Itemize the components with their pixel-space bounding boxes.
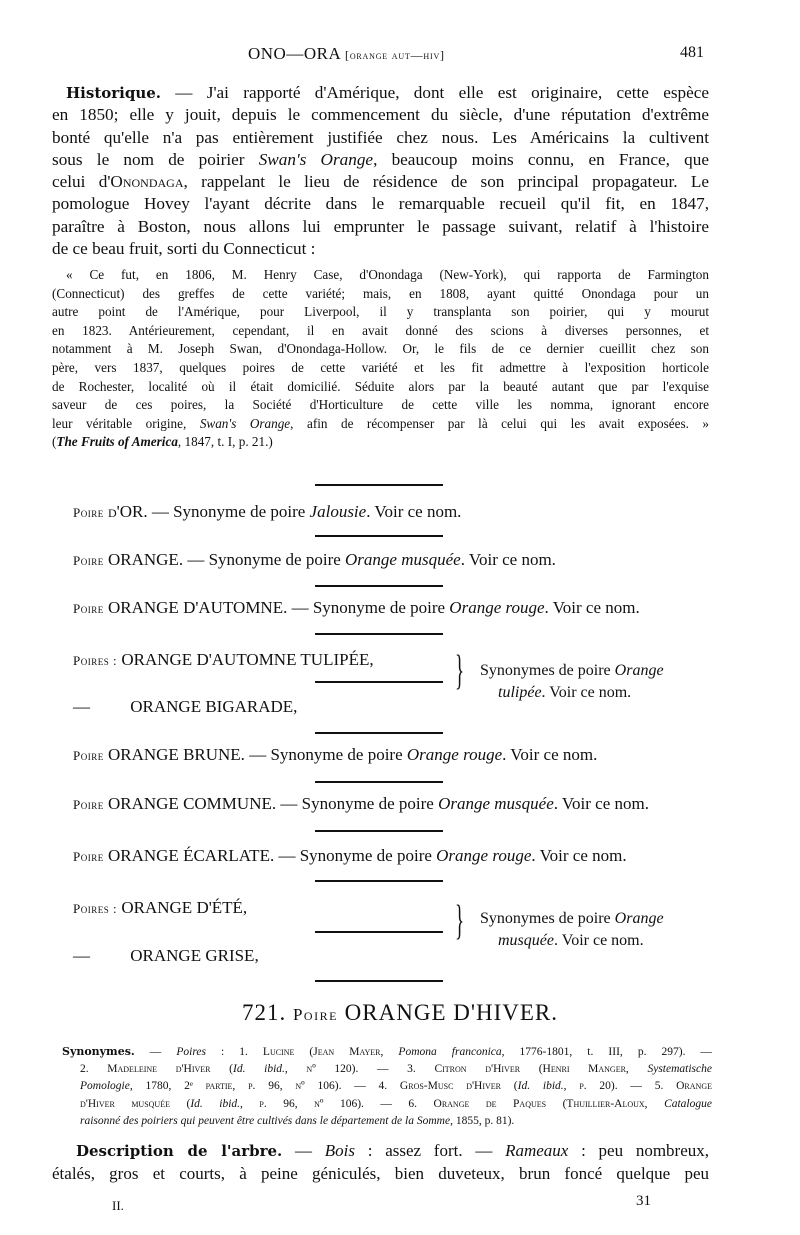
entry-poire-orange-ecarlate: Poire ORANGE ÉCARLATE. — Synonyme de poi… (73, 846, 627, 866)
entry-text: — Synonyme de poire (274, 846, 436, 865)
group-dash: — (73, 946, 90, 965)
text-span: , 1780, 2ᵉ partie, p. 96, nº 106). — 4. … (130, 1080, 518, 1092)
text-span: , p. 96, nº 106). — 6. Orange de Paques … (240, 1098, 664, 1110)
italic-ref: Id. ibid. (233, 1063, 285, 1075)
brace-icon: } (455, 650, 464, 692)
italic-ref: raisonné des poiriers qui peuvent être c… (80, 1115, 450, 1127)
entry-text: — Synonyme de poire (245, 745, 407, 764)
text-span: d'Hiver musquée ( (80, 1098, 190, 1110)
description-label: Description de l'arbre. (76, 1142, 282, 1160)
entry-name: ORANGE ÉCARLATE. (108, 846, 274, 865)
text-span: : peu nombreux, (568, 1141, 709, 1160)
quote-line: en 1823. Antérieurement, cependant, il e… (52, 322, 709, 341)
entry-text: — Synonyme de poire (287, 598, 449, 617)
header-title-main: ONO—ORA (248, 44, 340, 63)
entry-ref: Orange musquée (345, 550, 461, 569)
text-span: : assez fort. — (355, 1141, 505, 1160)
entry-text: — Synonyme de poire (148, 502, 310, 521)
entry-prefix: Poire (73, 553, 104, 568)
separator-rule (315, 535, 443, 537)
italic-ref: Id. ibid. (190, 1098, 240, 1110)
text-span: . Voir ce nom. (542, 684, 632, 701)
heading-prefix: Poire (293, 1005, 338, 1024)
entry-tail: . Voir ce nom. (502, 745, 597, 764)
text-span: sous le nom de poirier (52, 150, 259, 169)
description-paragraph: Description de l'arbre. — Bois : assez f… (52, 1140, 709, 1185)
text-line: sous le nom de poirier Swan's Orange, be… (52, 149, 709, 171)
separator-rule (315, 781, 443, 783)
text-span: — (135, 1046, 177, 1058)
group-prefix: Poires : (73, 901, 117, 916)
section-heading: 721. Poire ORANGE D'HIVER. (0, 1000, 800, 1026)
text-line: pomologue Hovey l'ayant décrite dans le … (52, 193, 709, 215)
entry-prefix: Poire (73, 797, 104, 812)
text-line: Historique. — J'ai rapporté d'Amérique, … (52, 82, 709, 104)
entry-name: ORANGE D'AUTOMNE. (108, 598, 287, 617)
entry-prefix: Poire (73, 748, 104, 763)
text-span: — J'ai rapporté d'Amérique, dont elle es… (161, 83, 709, 102)
group-item: ORANGE D'AUTOMNE TULIPÉE, (121, 650, 373, 669)
entry-tail: . Voir ce nom. (531, 846, 626, 865)
historique-label: Historique. (66, 84, 161, 102)
brace-icon: } (455, 900, 464, 942)
signature-left: II. (112, 1198, 124, 1214)
entry-poire-orange-commune: Poire ORANGE COMMUNE. — Synonyme de poir… (73, 794, 649, 814)
historique-paragraph: Historique. — J'ai rapporté d'Amérique, … (52, 82, 709, 260)
text-line: en 1850; elle y jouit, depuis le commenc… (52, 104, 709, 126)
text-span: . Voir ce nom. (554, 932, 644, 949)
entry-ref: Orange rouge (407, 745, 502, 764)
quote-line: père, vers 1837, quelques poires de cett… (52, 359, 709, 378)
text-span: leur véritable origine, (52, 416, 200, 431)
separator-rule (315, 980, 443, 982)
italic-ref: tulipée (498, 684, 542, 701)
desc-line: Description de l'arbre. — Bois : assez f… (52, 1140, 709, 1163)
quote-line: autre point de l'Amérique, pour Liverpoo… (52, 303, 709, 322)
entry-poire-orange-d-automne: Poire ORANGE D'AUTOMNE. — Synonyme de po… (73, 598, 640, 618)
italic-ref: Catalogue (664, 1098, 712, 1110)
entry-ref: Jalousie (310, 502, 367, 521)
text-line: de ce beau fruit, sorti du Connecticut : (52, 238, 709, 260)
text-span: , nº 120). — 3. Citron d'Hiver (Henri Ma… (285, 1063, 648, 1075)
desc-line: étalés, gros et courts, à peine géniculé… (52, 1163, 709, 1186)
signature-right: 31 (636, 1193, 651, 1210)
heading-name: ORANGE D'HIVER. (345, 1000, 558, 1025)
entry-poire-d-or: Poire d'OR. — Synonyme de poire Jalousie… (73, 502, 461, 522)
group-1-item-2: — ORANGE BIGARADE, (73, 697, 297, 717)
page-number: 481 (680, 44, 704, 62)
synonymes-block: Synonymes. — Poires : 1. Lucine (Jean Ma… (62, 1043, 712, 1130)
quote-citation: (The Fruits of America, 1847, t. I, p. 2… (52, 433, 709, 452)
quote-line: notamment à M. Joseph Swan, d'Onondaga-H… (52, 340, 709, 359)
entry-poire-orange: Poire ORANGE. — Synonyme de poire Orange… (73, 550, 556, 570)
text-span: , beaucoup moins connu, en France, que (373, 150, 709, 169)
text-line: bonté qu'elle n'a pas entièrement justif… (52, 127, 709, 149)
italic-ref: Pomologie (80, 1080, 130, 1092)
text-span: : 1. Lucine (Jean Mayer, (206, 1046, 398, 1058)
synonymes-label: Synonymes. (62, 1045, 135, 1058)
entry-name: ORANGE COMMUNE. (108, 794, 276, 813)
entry-tail: . Voir ce nom. (554, 794, 649, 813)
text-span: Synonymes de poire (480, 662, 615, 679)
text-span: , 1776-1801, t. III, p. 297). — (502, 1046, 712, 1058)
header-title-sub: [orange aut—hiv] (345, 48, 445, 62)
entry-ref: Orange rouge (436, 846, 531, 865)
text-span: , p. 20). — 5. Orange (564, 1080, 712, 1092)
text-span: , 1855, p. 81). (450, 1115, 514, 1127)
separator-rule (315, 732, 443, 734)
separator-rule (315, 681, 443, 683)
entry-text: — Synonyme de poire (276, 794, 438, 813)
text-span: , 1847, t. I, p. 21.) (178, 434, 273, 449)
quote-line: saveur de ces poires, la Société d'Horti… (52, 396, 709, 415)
italic-ref: Rameaux (505, 1141, 568, 1160)
entry-name: ORANGE. (108, 550, 183, 569)
text-span: — (282, 1141, 324, 1160)
italic-ref: Bois (325, 1141, 355, 1160)
text-span: , afin de récompenser par là celui qui l… (290, 416, 709, 431)
text-span: celui d' (52, 172, 110, 191)
text-span: Synonymes de poire (480, 910, 615, 927)
italic-ref: Systematische (647, 1063, 712, 1075)
quote-line: « Ce fut, en 1806, M. Henry Case, d'Onon… (52, 266, 709, 285)
text-span: 2. Madeleine d'Hiver ( (80, 1063, 233, 1075)
entry-tail: . Voir ce nom. (461, 550, 556, 569)
syn-line: 2. Madeleine d'Hiver (Id. ibid., nº 120)… (62, 1061, 712, 1078)
citation-title: The Fruits of America (56, 434, 178, 449)
italic-ref: Id. ibid. (518, 1080, 564, 1092)
italic-ref: Orange (615, 662, 664, 679)
entry-ref: Orange rouge (449, 598, 544, 617)
separator-rule (315, 830, 443, 832)
entry-name: ORANGE BRUNE. (108, 745, 245, 764)
separator-rule (315, 931, 443, 933)
entry-tail: . Voir ce nom. (545, 598, 640, 617)
syn-line: raisonné des poiriers qui peuvent être c… (62, 1113, 712, 1130)
syn-line: d'Hiver musquée (Id. ibid., p. 96, nº 10… (62, 1096, 712, 1113)
group-item: ORANGE GRISE, (94, 946, 258, 965)
separator-rule (315, 633, 443, 635)
italic-ref: Orange (615, 910, 664, 927)
group-item: ORANGE BIGARADE, (94, 697, 297, 716)
group-2-item-1: Poires : ORANGE D'ÉTÉ, (73, 898, 247, 918)
smallcaps-name: Onondaga (110, 172, 183, 191)
entry-poire-orange-brune: Poire ORANGE BRUNE. — Synonyme de poire … (73, 745, 597, 765)
entry-text: — Synonyme de poire (183, 550, 345, 569)
italic-ref: Pomona franconica (398, 1046, 501, 1058)
italic-ref: musquée (498, 932, 554, 949)
entry-name: d'OR. (108, 502, 148, 521)
text-line: paraître à Boston, nous allons lui empru… (52, 216, 709, 238)
quote-line: leur véritable origine, Swan's Orange, a… (52, 415, 709, 434)
italic-ref: Swan's Orange (259, 150, 373, 169)
group-2-item-2: — ORANGE GRISE, (73, 946, 259, 966)
separator-rule (315, 880, 443, 882)
header-title: ONO—ORA [orange aut—hiv] (248, 44, 445, 64)
heading-number: 721. (242, 1000, 286, 1025)
italic-ref: Swan's Orange (200, 416, 290, 431)
entry-prefix: Poire (73, 601, 104, 616)
group-1-item-1: Poires : ORANGE D'AUTOMNE TULIPÉE, (73, 650, 374, 670)
entry-ref: Orange musquée (438, 794, 554, 813)
group-dash: — (73, 697, 90, 716)
separator-rule (315, 585, 443, 587)
group-prefix: Poires : (73, 653, 117, 668)
syn-line: Synonymes. — Poires : 1. Lucine (Jean Ma… (62, 1043, 712, 1061)
group-2-synonym-note: Synonymes de poire Orange musquée. Voir … (480, 908, 664, 952)
text-span: , rappelant le lieu de résidence de son … (184, 172, 710, 191)
quote-block: « Ce fut, en 1806, M. Henry Case, d'Onon… (52, 266, 709, 452)
entry-prefix: Poire (73, 849, 104, 864)
italic-ref: Poires (176, 1046, 206, 1058)
entry-tail: . Voir ce nom. (366, 502, 461, 521)
syn-line: Pomologie, 1780, 2ᵉ partie, p. 96, nº 10… (62, 1078, 712, 1095)
group-1-synonym-note: Synonymes de poire Orange tulipée. Voir … (480, 660, 664, 704)
separator-rule (315, 484, 443, 486)
quote-line: (Connecticut) des greffes de cette varié… (52, 285, 709, 304)
entry-prefix: Poire (73, 505, 104, 520)
group-item: ORANGE D'ÉTÉ, (121, 898, 247, 917)
text-line: celui d'Onondaga, rappelant le lieu de r… (52, 171, 709, 193)
quote-line: de Rochester, localité où il était domic… (52, 378, 709, 397)
